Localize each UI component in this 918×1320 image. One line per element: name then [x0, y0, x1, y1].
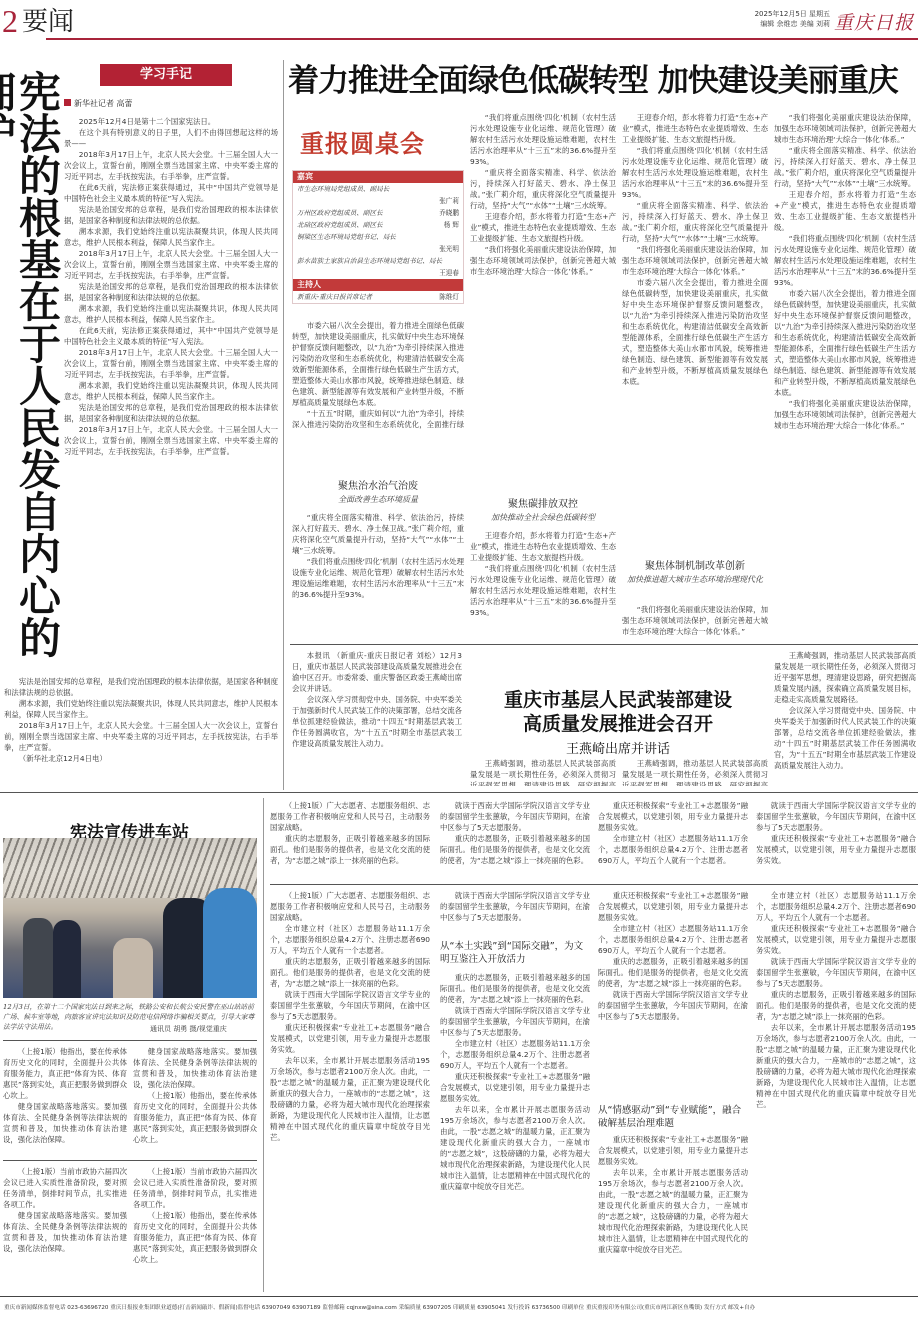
guest-box: 嘉宾 市生态环境局党组成员、副局长 张广莉 万州区政府党组成员、副区长乔晓鹏 北… — [292, 170, 464, 304]
column-divider — [283, 60, 284, 790]
editors-line: 编辑 余维忠 美编 刘莉 — [755, 19, 830, 29]
paragraph: “我们将强化美丽重庆建设法治保障，加强生态环境领域司法保护，创新完善超大城市生态… — [774, 398, 916, 431]
paragraph: 2018年3月17日上午，北京人民大会堂。十三届全国人大一次会议上，宣誓台前，刚… — [64, 424, 278, 457]
roundtable-logo: 重报圆桌会 — [300, 124, 425, 159]
guest-name: 乔晓鹏 — [439, 207, 459, 219]
paragraph: 会议深入学习贯彻党中央、国务院、中央军委关于加强新时代人民武装工作的决策部署，总… — [774, 705, 916, 771]
paragraph: 健身国家战略落地落实。要加强体育法、全民健身条例等法律法规的宣贯和普及，加快推动… — [3, 1210, 127, 1254]
paragraph: （上接1版）他指出，要在传承体育历史文化的同时，全面提升公共体育服务能力，真正把… — [133, 1090, 257, 1145]
subhead-3: 聚焦体制机制改革创新 加快推进超大城市生态环境治理现代化 — [622, 560, 768, 586]
section-rule — [0, 792, 918, 793]
paragraph: 全市建立村（社区）志愿服务站11.1万余个，志愿服务组织总量4.2万个、注册志愿… — [270, 923, 430, 956]
subhead-main: 聚焦碳排放双控 — [470, 498, 616, 512]
paragraph: “重庆将全面落实精准、科学、依法治污，持续深入打好蓝天、碧水、净土保卫战。”张广… — [292, 512, 464, 556]
paragraph: 重庆的志愿服务，正吸引着越来越多的国际面孔。他们是服务的提供者，也是文化交流的使… — [598, 956, 748, 989]
paragraph: 2018年3月17日上午，北京人民大会堂。十三届全国人大一次会议上，宣誓台前，刚… — [4, 720, 278, 753]
byline: 新华社记者 高蕾 — [64, 98, 133, 109]
guest-title: 万州区政府党组成员、副区长 — [297, 207, 383, 219]
photo-credit: 通讯员 胡勇 摄/视觉重庆 — [150, 1024, 227, 1034]
paragraph: 2018年3月17日上午，北京人民大会堂。十三届全国人大一次会议上，宣誓台前，刚… — [64, 248, 278, 281]
headline-line: 重庆市基层人民武装部建设 — [468, 688, 768, 712]
paragraph: “我们将重点围绕‘四化’机制（农村生活污水处理设施专业化运维、规范化管理）破解农… — [470, 563, 616, 618]
paragraph: 重庆的志愿服务，正吸引着越来越多的国际面孔。他们是服务的提供者，也是文化交流的使… — [270, 833, 430, 866]
paragraph: 宪法是治国安邦的总章程，是我们党治国理政的根本法律依据，是国家各种制度和法律法规… — [64, 402, 278, 424]
paragraph: 就读于西南大学国际学院汉语言文学专业的泰国留学生张蕙敏，今年国庆节期间，在渝中区… — [756, 956, 916, 989]
volunteer-col3a: 重庆还积极探索“专业社工+志愿服务”融合发展模式，以党建引领，用专业力量提升志愿… — [598, 890, 748, 1100]
paragraph: 重庆还积极探索“专业社工+志愿服务”融合发展模式，以党建引领，用专业力量提升志愿… — [598, 800, 748, 833]
main-body-col4: “我们将强化美丽重庆建设法治保障，加强生态环境领域司法保护，创新完善超大城市生态… — [774, 112, 916, 636]
paragraph: 王迎春介绍，彭水将着力打造“生态+产业”模式，推进生态特色农业提质增效、生态工业… — [470, 530, 616, 563]
host-row: 新重庆-重庆日报首席记者陈维灯 — [293, 291, 463, 303]
paragraph: （上接1版）当前市政协六届四次会议已进入实质性准备阶段，要对照任务清单，倒排时间… — [3, 1166, 127, 1210]
paragraph: 重庆的志愿服务，正吸引着越来越多的国际面孔。他们是服务的提供者，也是文化交流的使… — [440, 833, 590, 866]
paragraph: 溯本求源，我们党始终注重以宪法凝聚共识，体现人民共同意志，维护人民根本利益，保障… — [4, 698, 278, 720]
volunteer-col1: （上接1版）广大志愿者、志愿服务组织、志愿服务工作者积极响应党和人民号召，主动服… — [270, 890, 430, 1290]
date-line: 2025年12月5日 星期五 — [755, 9, 830, 19]
militia-subtitle: 王燕崎出席并讲话 — [468, 738, 768, 757]
paragraph: 王迎春介绍，彭水将着力打造“生态+产业”模式，推进生态特色农业提质增效、生态工业… — [470, 211, 616, 244]
column-divider — [263, 798, 264, 1292]
masthead-rule — [46, 38, 918, 40]
paragraph: “重庆将全面落实精准、科学、依法治污，持续深入打好蓝天、碧水、净土保卫战。”张广… — [774, 145, 916, 189]
volunteer-col2: 重庆的志愿服务，正吸引着越来越多的国际面孔。他们是服务的提供者，也是文化交流的使… — [440, 972, 590, 1290]
militia-body-c: 王燕崎强调，推动基层人民武装部高质量发展是一项长期性任务，必须深入贯彻习近平强军… — [774, 650, 916, 786]
subhead-sub: 加快推动全社会绿色低碳转型 — [470, 512, 616, 524]
guests-label: 嘉宾 — [293, 171, 463, 183]
paragraph: 在这个具有特别意义的日子里，人们不由得回想起这样的场景—— — [64, 127, 278, 149]
subhead-2: 聚焦碳排放双控 加快推动全社会绿色低碳转型 — [470, 498, 616, 524]
cppcc-col2: （上接1版）当前市政协六届四次会议已进入实质性准备阶段，要对照任务清单，倒排时间… — [133, 1166, 257, 1290]
masthead-meta: 2025年12月5日 星期五 编辑 余维忠 美编 刘莉 — [755, 9, 830, 29]
paragraph: 去年以来，全市累计开展志愿服务活动195万余场次，参与志愿者2100万余人次。由… — [598, 1167, 748, 1255]
guest-row: 王迎春 — [293, 267, 463, 279]
paragraph: 2025年12月4日是第十二个国家宪法日。 — [64, 116, 278, 127]
volunteer-col4: 全市建立村（社区）志愿服务站11.1万余个，志愿服务组织总量4.2万个、注册志愿… — [756, 890, 916, 1290]
paragraph: 去年以来，全市累计开展志愿服务活动195万余场次，参与志愿者2100万余人次。由… — [440, 1104, 590, 1192]
paragraph: 全市建立村（社区）志愿服务站11.1万余个，志愿服务组织总量4.2万个、注册志愿… — [440, 1038, 590, 1071]
section-rule — [270, 884, 918, 885]
paragraph: 重庆的志愿服务，正吸引着越来越多的国际面孔。他们是服务的提供者，也是文化交流的使… — [756, 989, 916, 1022]
guest-row: 铜梁区生态环境局党组书记、局长 — [293, 231, 463, 243]
paragraph: 重庆的志愿服务，正吸引着越来越多的国际面孔。他们是服务的提供者，也是文化交流的使… — [440, 972, 590, 1005]
guest-title: 彭水苗族土家族自治县生态环境局党组书记、局长 — [297, 255, 442, 267]
paragraph: 溯本求源，我们党始终注重以宪法凝聚共识，体现人民共同意志，维护人民根本利益，保障… — [64, 380, 278, 402]
guest-row: 张光明 — [293, 243, 463, 255]
paragraph: “我们将重点围绕‘四化’机制（农村生活污水处理设施专业化运维、规范化管理）破解农… — [622, 145, 768, 200]
section-name: 要闻 — [22, 6, 74, 38]
main-intro: 市委六届八次全会提出，着力推进全面绿色低碳转型，加快建设美丽重庆，扎实做好中央生… — [292, 320, 464, 430]
paragraph: “我们将强化美丽重庆建设法治保障，加强生态环境领域司法保护，创新完善超大城市生态… — [622, 244, 768, 277]
subhead-main: 聚焦体制机制改革创新 — [622, 560, 768, 574]
subhead-main: 聚焦治水治气治废 — [292, 480, 464, 494]
host-title: 新重庆-重庆日报首席记者 — [297, 291, 372, 303]
main-body-col1: “重庆将全面落实精准、科学、依法治污，持续深入打好蓝天、碧水、净土保卫战。”张广… — [292, 512, 464, 636]
paragraph: 2018年3月17日上午，北京人民大会堂。十三届全国人大一次会议上，宣誓台前，刚… — [64, 347, 278, 380]
cppcc-col1: （上接1版）当前市政协六届四次会议已进入实质性准备阶段，要对照任务清单，倒排时间… — [3, 1166, 127, 1290]
paragraph: 市委六届八次全会提出，着力推进全面绿色低碳转型，加快建设美丽重庆，扎实做好中央生… — [292, 320, 464, 408]
paragraph: 重庆还积极探索“专业社工+志愿服务”融合发展模式，以党建引领，用专业力量提升志愿… — [598, 890, 748, 923]
newspaper-logo: 重庆日报 — [834, 8, 914, 35]
main-body-col3b: “我们将强化美丽重庆建设法治保障，加强生态环境领域司法保护，创新完善超大城市生态… — [622, 604, 768, 636]
paragraph: “重庆将全面落实精准、科学、依法治污，持续深入打好蓝天、碧水、净土保卫战。”张广… — [470, 167, 616, 211]
host-label: 主持人 — [293, 279, 463, 291]
paragraph: （上接1版）广大志愿者、志愿服务组织、志愿服务工作者积极响应党和人民号召，主动服… — [270, 890, 430, 923]
paragraph: 王燕崎强调，推动基层人民武装部高质量发展是一项长期性任务，必须深入贯彻习近平强军… — [622, 758, 768, 786]
section-rule — [3, 1040, 257, 1041]
paragraph: 全市建立村（社区）志愿服务站11.1万余个，志愿服务组织总量4.2万个、注册志愿… — [598, 833, 748, 866]
continued-col2: 就读于西南大学国际学院汉语言文学专业的泰国留学生张蕙敏，今年国庆节期间，在渝中区… — [440, 800, 590, 882]
guest-name: 张广莉 — [439, 195, 459, 207]
main-body-col2: “我们将重点围绕‘四化’机制（农村生活污水处理设施专业化运维、规范化管理）破解农… — [470, 112, 616, 492]
paragraph: 就读于西南大学国际学院汉语言文学专业的泰国留学生张蕙敏，今年国庆节期间，在渝中区… — [440, 890, 590, 923]
paragraph: 重庆还积极探索“专业社工+志愿服务”融合发展模式，以党建引领，用专业力量提升志愿… — [440, 1071, 590, 1104]
paragraph: 王燕崎强调，推动基层人民武装部高质量发展是一项长期性任务，必须深入贯彻习近平强军… — [774, 650, 916, 705]
guest-name: 张光明 — [439, 243, 459, 255]
paragraph: 在此6天前，宪法修正案获得通过，其中“中国共产党领导是中国特色社会主义最本质的特… — [64, 182, 278, 204]
continued-col3: 重庆还积极探索“专业社工+志愿服务”融合发展模式，以党建引领，用专业力量提升志愿… — [598, 800, 748, 882]
guest-row: 彭水苗族土家族自治县生态环境局党组书记、局长 — [293, 255, 463, 267]
guest-title: 铜梁区生态环境局党组书记、局长 — [297, 231, 396, 243]
militia-body-b: 王燕崎强调，推动基层人民武装部高质量发展是一项长期性任务，必须深入贯彻习近平强军… — [622, 758, 768, 786]
host-name: 陈维灯 — [439, 291, 459, 303]
guest-name: 杨 辉 — [444, 219, 459, 231]
paragraph: “我们将强化美丽重庆建设法治保障，加强生态环境领域司法保护，创新完善超大城市生态… — [622, 604, 768, 636]
column-label: 学习手记 — [100, 64, 232, 86]
paragraph: 宪法是治国安邦的总章程，是我们党治国理政的根本法律依据，是国家各种制度和法律法规… — [4, 676, 278, 698]
paragraph: （上接1版）他指出，要在传承体育历史文化的同时，全面提升公共体育服务能力，真正把… — [133, 1210, 257, 1265]
paragraph: （上接1版）当前市政协六届四次会议已进入实质性准备阶段，要对照任务清单，倒排时间… — [133, 1166, 257, 1210]
paragraph: 溯本求源，我们党始终注重以宪法凝聚共识，体现人民共同意志，维护人民根本利益，保障… — [64, 303, 278, 325]
volunteer-col2a: 就读于西南大学国际学院汉语言文学专业的泰国留学生张蕙敏，今年国庆节期间，在渝中区… — [440, 890, 590, 938]
paragraph: 宪法是治国安邦的总章程，是我们党治国理政的根本法律依据，是国家各种制度和法律法规… — [64, 281, 278, 303]
paragraph: “我们将重点围绕‘四化’机制（农村生活污水处理设施专业化运维、规范化管理）破解农… — [292, 556, 464, 600]
main-body-col3: 王迎春介绍，彭水将着力打造“生态+产业”模式，推进生态特色农业提质增效、生态工业… — [622, 112, 768, 552]
paragraph: 宪法是治国安邦的总章程，是我们党治国理政的根本法律依据，是国家各种制度和法律法规… — [64, 204, 278, 226]
paragraph: 重庆还积极探索“专业社工+志愿服务”融合发展模式，以党建引领，用专业力量提升志愿… — [598, 1134, 748, 1167]
paragraph: “十五五”时期，重庆如何以“九治”为牵引，持续深入推进污染防治攻坚和生态系统优化… — [292, 408, 464, 430]
paragraph: 就读于西南大学国际学院汉语言文学专业的泰国留学生张蕙敏，今年国庆节期间，在渝中区… — [440, 800, 590, 833]
paragraph: 重庆的志愿服务，正吸引着越来越多的国际面孔。他们是服务的提供者，也是文化交流的使… — [270, 956, 430, 989]
guest-title: 市生态环境局党组成员、副局长 — [297, 183, 389, 195]
constitution-body-bottom: 宪法是治国安邦的总章程，是我们党治国理政的根本法律依据，是国家各种制度和法律法规… — [4, 676, 278, 776]
paragraph: 重庆还积极探索“专业社工+志愿服务”融合发展模式，以党建引领，用专业力量提升志愿… — [270, 1022, 430, 1055]
paragraph: “我们将重点围绕‘四化’机制（农村生活污水处理设施专业化运维、规范化管理）破解农… — [774, 233, 916, 288]
paragraph: “重庆将全面落实精准、科学、依法治污，持续深入打好蓝天、碧水、净土保卫战。”张广… — [622, 200, 768, 244]
subhead-sub: 全面改善生态环境质量 — [292, 494, 464, 506]
paragraph: 2018年3月17日上午，北京人民大会堂。十三届全国人大一次会议上，宣誓台前，刚… — [64, 149, 278, 182]
news-photo — [3, 838, 257, 998]
paragraph: “我们将重点围绕‘四化’机制（农村生活污水处理设施专业化运维、规范化管理）破解农… — [470, 112, 616, 167]
guest-row: 市生态环境局党组成员、副局长 — [293, 183, 463, 195]
subhead-1: 聚焦治水治气治废 全面改善生态环境质量 — [292, 480, 464, 506]
paragraph: 去年以来，全市累计开展志愿服务活动195万余场次，参与志愿者2100万余人次。由… — [756, 1022, 916, 1110]
paragraph: 王燕崎强调，推动基层人民武装部高质量发展是一项长期性任务，必须深入贯彻习近平强军… — [470, 758, 616, 786]
paragraph: 市委六届八次全会提出，着力推进全面绿色低碳转型，加快建设美丽重庆，扎实做好中央生… — [622, 277, 768, 387]
volunteer-col3: 重庆还积极探索“专业社工+志愿服务”融合发展模式，以党建引领，用专业力量提升志愿… — [598, 1134, 748, 1290]
sports-col2: 健身国家战略落地落实。要加强体育法、全民健身条例等法律法规的宣贯和普及，加快推动… — [133, 1046, 257, 1156]
paragraph: 在此6天前，宪法修正案获得通过，其中“中国共产党领导是中国特色社会主义最本质的特… — [64, 325, 278, 347]
subhead-text: 从“情感驱动”到“专业赋能”，融合破解基层治理难题 — [598, 1104, 748, 1130]
paragraph: 健身国家战略落地落实。要加强体育法、全民健身条例等法律法规的宣贯和普及，加快推动… — [3, 1101, 127, 1145]
paragraph: “我们将强化美丽重庆建设法治保障，加强生态环境领域司法保护，创新完善超大城市生态… — [774, 112, 916, 145]
continued-col4: 就读于西南大学国际学院汉语言文学专业的泰国留学生张蕙敏，今年国庆节期间，在渝中区… — [756, 800, 916, 882]
paragraph: 会议深入学习贯彻党中央、国务院、中央军委关于加强新时代人民武装工作的决策部署，总… — [292, 694, 462, 749]
guest-row: 万州区政府党组成员、副区长乔晓鹏 — [293, 207, 463, 219]
page-number: 2 — [2, 4, 18, 38]
paragraph: 全市建立村（社区）志愿服务站11.1万余个，志愿服务组织总量4.2万个、注册志愿… — [598, 923, 748, 956]
paragraph: “我们将强化美丽重庆建设法治保障，加强生态环境领域司法保护，创新完善超大城市生态… — [470, 244, 616, 277]
paragraph: 市委六届八次全会提出，着力推进全面绿色低碳转型，加快建设美丽重庆，扎实做好中央生… — [774, 288, 916, 398]
guest-title: 北碚区政府党组成员、副区长 — [297, 219, 383, 231]
paragraph: 溯本求源，我们党始终注重以宪法凝聚共识，体现人民共同意志，维护人民根本利益，保障… — [64, 226, 278, 248]
paragraph: （上接1版）他指出，要在传承体育历史文化的同时，全面提升公共体育服务能力，真正把… — [3, 1046, 127, 1101]
sports-col1: （上接1版）他指出，要在传承体育历史文化的同时，全面提升公共体育服务能力，真正把… — [3, 1046, 127, 1156]
paragraph: （上接1版）广大志愿者、志愿服务组织、志愿服务工作者积极响应党和人民号召，主动服… — [270, 800, 430, 833]
constitution-vertical-title: 宪法的根基在于人民发自内心的拥护 — [16, 70, 60, 690]
main-body-col2b: 王迎春介绍，彭水将着力打造“生态+产业”模式，推进生态特色农业提质增效、生态工业… — [470, 530, 616, 636]
paragraph: 全市建立村（社区）志愿服务站11.1万余个，志愿服务组织总量4.2万个、注册志愿… — [756, 890, 916, 923]
militia-headline: 重庆市基层人民武装部建设 高质量发展推进会召开 — [468, 688, 768, 736]
section-rule — [290, 644, 918, 645]
paragraph: 就读于西南大学国际学院汉语言文学专业的泰国留学生张蕙敏，今年国庆节期间，在渝中区… — [598, 989, 748, 1022]
subhead-text: 从“本土实践”到“国际交融”，为文明互鉴注入开放活力 — [440, 940, 590, 966]
main-headline: 着力推进全面绿色低碳转型 加快建设美丽重庆 — [288, 62, 918, 100]
paragraph: 就读于西南大学国际学院汉语言文学专业的泰国留学生张蕙敏，今年国庆节期间，在渝中区… — [270, 989, 430, 1022]
militia-dateline: 本报讯 （新重庆-重庆日报记者 刘松）12月3日，重庆市基层人民武装部建设高质量… — [292, 650, 462, 786]
paragraph: 本报讯 （新重庆-重庆日报记者 刘松）12月3日，重庆市基层人民武装部建设高质量… — [292, 650, 462, 694]
militia-body-a: 王燕崎强调，推动基层人民武装部高质量发展是一项长期性任务，必须深入贯彻习近平强军… — [470, 758, 616, 786]
source-note: （新华社北京12月4日电） — [19, 754, 107, 763]
guest-row: 北碚区政府党组成员、副区长杨 辉 — [293, 219, 463, 231]
paragraph: 重庆还积极探索“专业社工+志愿服务”融合发展模式，以党建引领，用专业力量提升志愿… — [756, 923, 916, 956]
headline-line: 高质量发展推进会召开 — [468, 712, 768, 736]
subhead-sub: 加快推进超大城市生态环境治理现代化 — [622, 574, 768, 586]
paragraph: 就读于西南大学国际学院汉语言文学专业的泰国留学生张蕙敏，今年国庆节期间，在渝中区… — [440, 1005, 590, 1038]
guest-name: 王迎春 — [439, 267, 459, 279]
paragraph: 王迎春介绍，彭水将着力打造“生态+产业”模式，推进生态特色农业提质增效、生态工业… — [622, 112, 768, 145]
continued-col1: （上接1版）广大志愿者、志愿服务组织、志愿服务工作者积极响应党和人民号召，主动服… — [270, 800, 430, 882]
footer-contacts: 重庆市新闻媒体监督电话 023-63696720 重庆日报报业集团职业道德(打击… — [4, 1303, 914, 1311]
paragraph: 健身国家战略落地落实。要加强体育法、全民健身条例等法律法规的宣贯和普及，加快推动… — [133, 1046, 257, 1090]
paragraph: 王迎春介绍，彭水将着力打造“生态+产业”模式，推进生态特色农业提质增效、生态工业… — [774, 189, 916, 233]
volunteer-subhead-2: 从“情感驱动”到“专业赋能”，融合破解基层治理难题 — [598, 1104, 748, 1130]
section-rule — [3, 1160, 257, 1161]
footer-rule — [0, 1296, 918, 1297]
guest-row: 张广莉 — [293, 195, 463, 207]
volunteer-subhead-1: 从“本土实践”到“国际交融”，为文明互鉴注入开放活力 — [440, 940, 590, 966]
paragraph: 去年以来，全市累计开展志愿服务活动195万余场次，参与志愿者2100万余人次。由… — [270, 1055, 430, 1143]
constitution-body: 2025年12月4日是第十二个国家宪法日。 在这个具有特别意义的日子里，人们不由… — [64, 116, 278, 676]
paragraph: 就读于西南大学国际学院汉语言文学专业的泰国留学生张蕙敏，今年国庆节期间，在渝中区… — [756, 800, 916, 833]
paragraph: 重庆还积极探索“专业社工+志愿服务”融合发展模式，以党建引领，用专业力量提升志愿… — [756, 833, 916, 866]
